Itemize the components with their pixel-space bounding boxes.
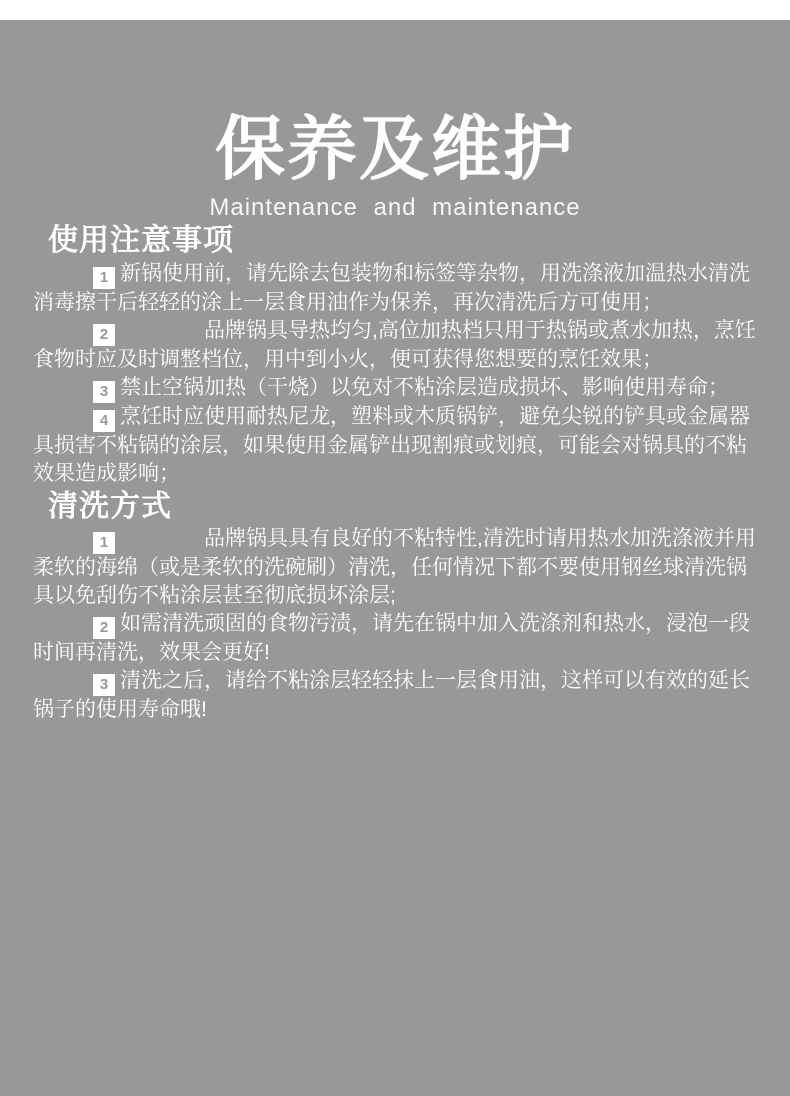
usage-item-3: 3禁止空锅加热（干烧）以免对不粘涂层造成损坏、影响使用寿命； <box>33 374 757 403</box>
usage-item-2: 2 品牌锅具导热均匀,高位加热档只用于热锅或煮水加热，烹饪食物时应及时调整档位，… <box>33 317 757 374</box>
item-text: 烹饪时应使用耐热尼龙，塑料或木质锅铲，避免尖锐的铲具或金属器具损害不粘锅的涂层，… <box>33 405 750 485</box>
item-text: 品牌锅具具有良好的不粘特性,清洗时请用热水加洗涤液并用柔软的海绵（或是柔软的洗碗… <box>33 527 756 607</box>
item-number-badge: 3 <box>93 674 115 696</box>
section-cleaning-method: 清洗方式 1 品牌锅具具有良好的不粘特性,清洗时请用热水加洗涤液并用柔软的海绵（… <box>33 488 757 725</box>
section-usage-notes: 使用注意事项 1新锅使用前，请先除去包装物和标签等杂物，用洗涤液加温热水清洗消毒… <box>33 222 757 488</box>
cleaning-item-2: 2如需清洗顽固的食物污渍，请先在锅中加入洗涤剂和热水，浸泡一段时间再清洗，效果会… <box>33 610 757 667</box>
item-number-badge: 2 <box>93 617 115 639</box>
maintenance-info-page: 保养及维护 Maintenance and maintenance 使用注意事项… <box>0 0 790 724</box>
item-number-badge: 1 <box>93 532 115 554</box>
item-number-badge: 1 <box>93 267 115 289</box>
page-subtitle: Maintenance and maintenance <box>0 194 790 222</box>
item-number-badge: 4 <box>93 410 115 432</box>
usage-item-1: 1新锅使用前，请先除去包装物和标签等杂物，用洗涤液加温热水清洗消毒擦干后轻轻的涂… <box>33 260 757 317</box>
cleaning-item-1: 1 品牌锅具具有良好的不粘特性,清洗时请用热水加洗涤液并用柔软的海绵（或是柔软的… <box>33 525 757 610</box>
item-text: 清洗之后，请给不粘涂层轻轻抹上一层食用油，这样可以有效的延长锅子的使用寿命哦! <box>33 669 750 721</box>
top-white-band <box>0 0 790 20</box>
page-title: 保养及维护 <box>0 114 790 184</box>
cleaning-method-heading: 清洗方式 <box>48 488 757 526</box>
item-text: 品牌锅具导热均匀,高位加热档只用于热锅或煮水加热，烹饪食物时应及时调整档位，用中… <box>33 319 756 371</box>
item-number-badge: 2 <box>93 324 115 346</box>
usage-notes-heading: 使用注意事项 <box>48 222 757 260</box>
page-header: 保养及维护 Maintenance and maintenance <box>0 20 790 222</box>
cleaning-item-3: 3清洗之后，请给不粘涂层轻轻抹上一层食用油，这样可以有效的延长锅子的使用寿命哦! <box>33 667 757 724</box>
item-number-badge: 3 <box>93 381 115 403</box>
usage-item-4: 4烹饪时应使用耐热尼龙，塑料或木质锅铲，避免尖锐的铲具或金属器具损害不粘锅的涂层… <box>33 403 757 488</box>
item-text: 新锅使用前，请先除去包装物和标签等杂物，用洗涤液加温热水清洗消毒擦干后轻轻的涂上… <box>33 262 750 314</box>
item-text: 如需清洗顽固的食物污渍，请先在锅中加入洗涤剂和热水，浸泡一段时间再清洗，效果会更… <box>33 612 750 664</box>
page-content: 使用注意事项 1新锅使用前，请先除去包装物和标签等杂物，用洗涤液加温热水清洗消毒… <box>0 222 790 724</box>
item-text: 禁止空锅加热（干烧）以免对不粘涂层造成损坏、影响使用寿命； <box>120 376 729 399</box>
